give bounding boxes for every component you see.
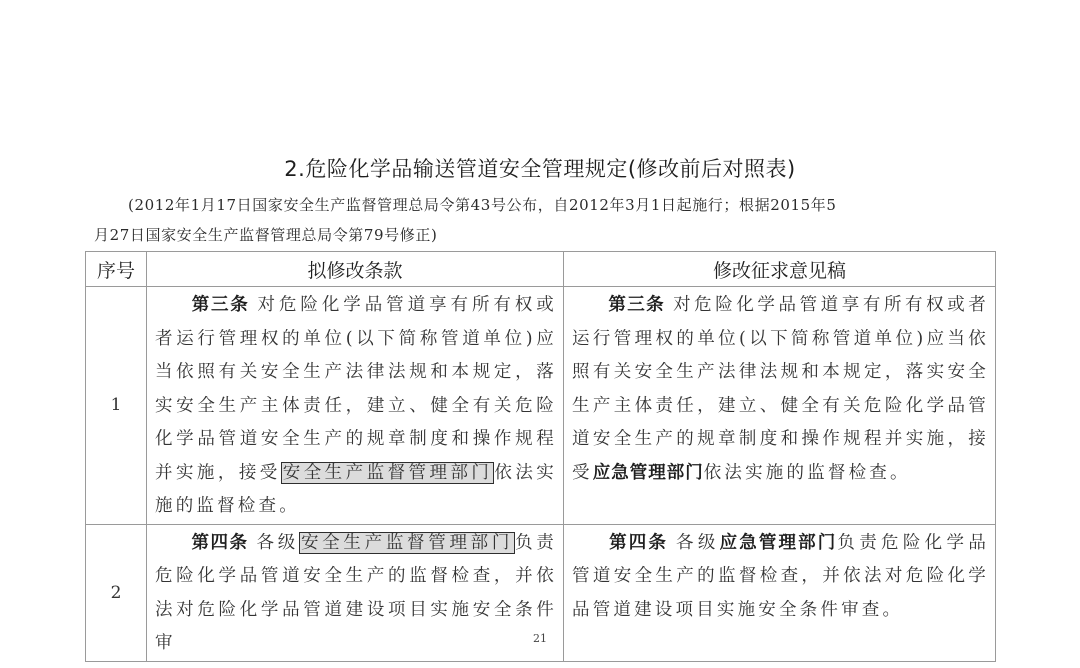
- original-clause: 第三条对危险化学品管道享有所有权或者运行管理权的单位(以下简称管道单位)应当依照…: [147, 287, 564, 525]
- row-number: 1: [86, 287, 147, 525]
- revised-term: 应急管理部门: [720, 533, 838, 553]
- table-header-row: 序号 拟修改条款 修改征求意见稿: [86, 252, 996, 287]
- subtitle-line-1: (2012年1月17日国家安全生产监督管理总局令第43号公布，自2012年3月1…: [128, 196, 837, 214]
- header-number: 序号: [86, 252, 147, 287]
- clause-text: 各级: [257, 533, 299, 553]
- article-label: 第三条: [191, 295, 250, 315]
- header-revised: 修改征求意见稿: [564, 252, 996, 287]
- subtitle-line-2: 月27日国家安全生产监督管理总局令第79号修正): [94, 220, 986, 250]
- document-title: 2.危险化学品输送管道安全管理规定(修改前后对照表): [0, 153, 1080, 183]
- table-row: 1 第三条对危险化学品管道享有所有权或者运行管理权的单位(以下简称管道单位)应当…: [86, 287, 996, 525]
- header-original: 拟修改条款: [147, 252, 564, 287]
- clause-text: 对危险化学品管道享有所有权或者运行管理权的单位(以下简称管道单位)应当依照有关安…: [572, 295, 989, 483]
- clause-text: 依法实施的监督检查。: [704, 463, 911, 483]
- comparison-table: 序号 拟修改条款 修改征求意见稿 1 第三条对危险化学品管道享有所有权或者运行管…: [85, 251, 996, 662]
- clause-text: 对危险化学品管道享有所有权或者运行管理权的单位(以下简称管道单位)应当依照有关安…: [155, 295, 557, 483]
- highlighted-term: 安全生产监督管理部门: [299, 532, 515, 554]
- clause-text: 各级: [676, 533, 720, 553]
- revised-clause: 第三条对危险化学品管道享有所有权或者运行管理权的单位(以下简称管道单位)应当依照…: [564, 287, 996, 525]
- document-subtitle: (2012年1月17日国家安全生产监督管理总局令第43号公布，自2012年3月1…: [96, 190, 986, 250]
- revised-term: 应急管理部门: [593, 463, 704, 483]
- page-number: 21: [0, 632, 1080, 645]
- article-label: 第三条: [608, 295, 665, 315]
- article-label: 第四条: [608, 533, 668, 553]
- highlighted-term: 安全生产监督管理部门: [281, 462, 495, 484]
- article-label: 第四条: [191, 533, 249, 553]
